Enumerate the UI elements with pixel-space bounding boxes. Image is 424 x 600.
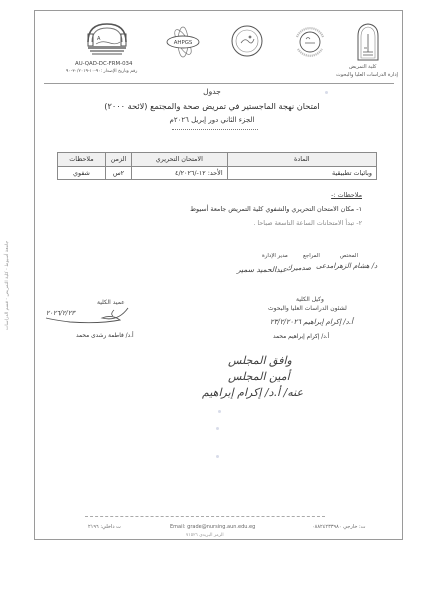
- scan-artifact: [216, 455, 219, 458]
- handwritten-signature-reviewer: صدميرك: [286, 264, 311, 272]
- cell-written-exam-date: الأحد: ١٢-/٤/٢٠٢٦: [131, 166, 227, 180]
- notes-title: ملاحظات :-: [331, 191, 362, 199]
- cell-notes: شفوي: [58, 166, 106, 180]
- note-item: ١- مكان الامتحان التحريري والشفوي كلية ا…: [190, 205, 362, 213]
- exam-schedule-table: المادة الامتحان التحريري الزمن ملاحظات و…: [57, 152, 377, 180]
- footer-extra: الرمز البريدي ٧١٥٢٦: [186, 533, 224, 538]
- footer-email: Email: grade@nursing.aun.edu.eg: [170, 524, 255, 530]
- cell-duration: ٢س: [105, 166, 131, 180]
- dotted-underline: [172, 129, 258, 130]
- exam-subtitle: الجزء الثاني دور إبريل ٢٠٢٦م: [0, 116, 424, 124]
- margin-text: جامعة أسيوط - كلية التمريض - قسم الدراسا…: [5, 241, 10, 330]
- footer-phone: ت: خارجي ٠٨٨٢٤٢٣٣٩٨٠: [312, 524, 365, 530]
- issue-number-date: رقم وتاريخ الإصدار :٩٠-١٠-٣٠/٢٠١٩-٩٠: [66, 69, 137, 74]
- scan-artifact: [325, 91, 328, 94]
- table-row: وبائيات تطبيقية الأحد: ١٢-/٤/٢٠٢٦ ٢س شفو…: [58, 166, 377, 180]
- department-name: إدارة الدراسات العليا والبحوث: [336, 72, 398, 78]
- header-divider: [44, 83, 394, 84]
- column-header-subject: المادة: [227, 153, 376, 167]
- dean-name: أ.د/ فاطمة رشدى محمد: [76, 333, 134, 339]
- table-header-row: المادة الامتحان التحريري الزمن ملاحظات: [58, 153, 377, 167]
- column-header-notes: ملاحظات: [58, 153, 106, 167]
- document-heading: جدول: [0, 87, 424, 96]
- round-seal-logo: [230, 24, 264, 58]
- cell-subject: وبائيات تطبيقية: [227, 166, 376, 180]
- form-code: AU-QAD-DC-FRM-034: [75, 61, 132, 67]
- scan-artifact: [216, 427, 219, 430]
- handwritten-approval-line2: أمين المجلس: [228, 370, 290, 383]
- footer-extension: ت داخلي: ٢١٩٦: [88, 524, 121, 530]
- training-center-logo: [293, 25, 327, 59]
- ahpgs-atom-logo: AHPGS: [165, 24, 201, 60]
- dean-signature-date: ٢٠٢٦/٢/٢٣: [46, 309, 75, 317]
- column-header-written-exam: الامتحان التحريري: [131, 153, 227, 167]
- handwritten-approval-line3: عنه/ أ.د/ إكرام إبراهيم: [202, 386, 303, 399]
- handwritten-signature-specialist: د/ هشام الزهرامدعى: [316, 262, 377, 270]
- note-item: ٢- تبدأ الامتحانات الساعة التاسعة صباحا …: [253, 219, 362, 227]
- assiut-university-gate-logo: A: [82, 20, 132, 60]
- handwritten-signature-vice-dean: أ.د/ إكرام إبراهيم ٢٣/٢/٢٠٢٦: [270, 318, 353, 326]
- vice-dean-role-detail: لشئون الدراسات العليا والبحوث: [268, 305, 347, 312]
- column-header-duration: الزمن: [105, 153, 131, 167]
- vice-dean-role: وكيل الكلية: [296, 296, 324, 303]
- signature-role-reviewer: المراجع: [303, 253, 320, 259]
- scan-artifact: [218, 410, 221, 413]
- footer-divider: [85, 516, 325, 517]
- signature-role-specialist: المختص: [340, 253, 358, 259]
- svg-text:AHPGS: AHPGS: [174, 40, 193, 46]
- exam-title: امتحان نهجة الماجستير في تمريض صحة والمج…: [0, 101, 424, 111]
- handwritten-approval-line1: وافق المجلس: [228, 354, 292, 367]
- vice-dean-name: أ.د/ إكرام إبراهيم محمد: [273, 334, 329, 340]
- faculty-name: كلية التمريض: [349, 64, 376, 70]
- faculty-mosque-arch-logo: [355, 22, 381, 62]
- handwritten-signature-manager: عبدالحميد سمير: [237, 265, 287, 274]
- signature-role-manager: مدير الإدارة: [262, 253, 288, 259]
- svg-text:A: A: [97, 36, 101, 42]
